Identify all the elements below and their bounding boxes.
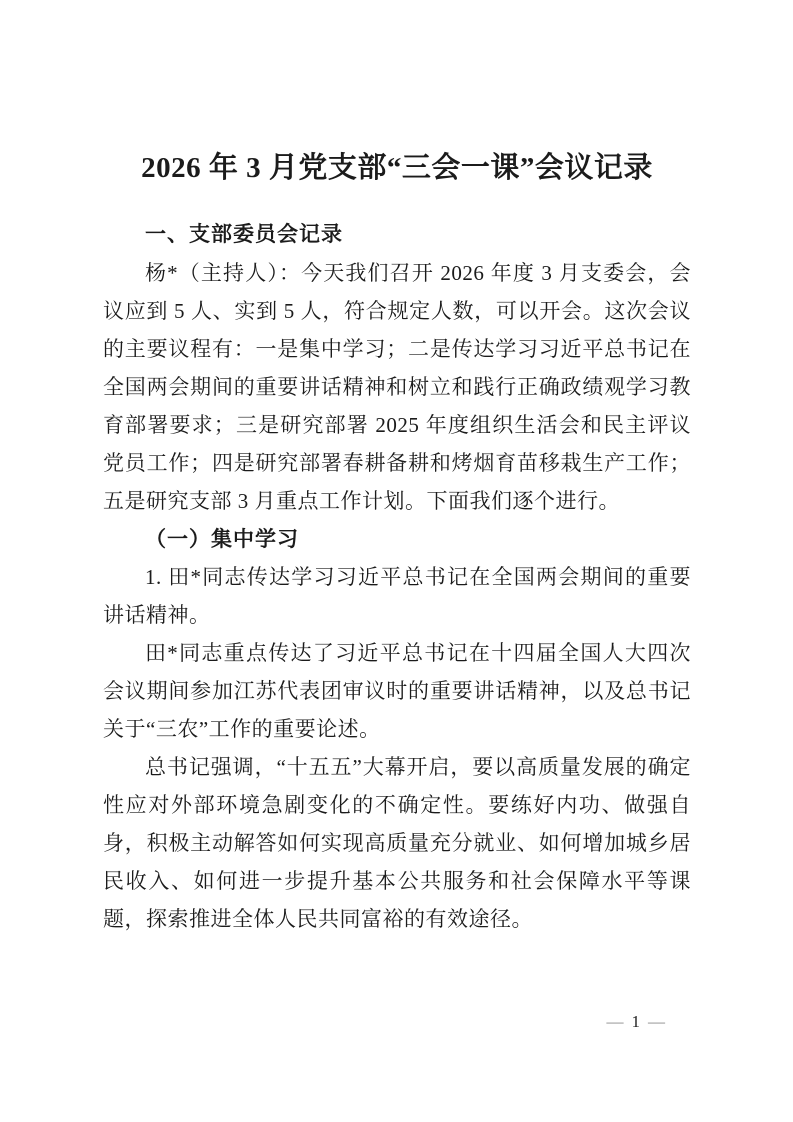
document-page: 2026 年 3 月党支部“三会一课”会议记录 一、支部委员会记录 杨*（主持人… <box>0 0 793 1122</box>
page-number-value: 1 <box>632 1012 643 1031</box>
paragraph-relay-speech: 田*同志重点传达了习近平总书记在十四届全国人大四次会议期间参加江苏代表团审议时的… <box>103 634 691 748</box>
page-number-dash-right: — <box>642 1012 673 1031</box>
page-number: —1— <box>601 1010 674 1034</box>
page-number-dash-left: — <box>601 1012 632 1031</box>
item-title-1: 1. 田*同志传达学习习近平总书记在全国两会期间的重要讲话精神。 <box>103 558 691 634</box>
paragraph-emphasis: 总书记强调，“十五五”大幕开启，要以高质量发展的确定性应对外部环境急剧变化的不确… <box>103 748 691 938</box>
paragraph-host-intro: 杨*（主持人）：今天我们召开 2026 年度 3 月支委会，会议应到 5 人、实… <box>103 254 691 520</box>
subsection-heading-study: （一）集中学习 <box>103 520 691 558</box>
section-heading-committee-minutes: 一、支部委员会记录 <box>103 216 691 254</box>
document-title: 2026 年 3 月党支部“三会一课”会议记录 <box>103 148 691 188</box>
